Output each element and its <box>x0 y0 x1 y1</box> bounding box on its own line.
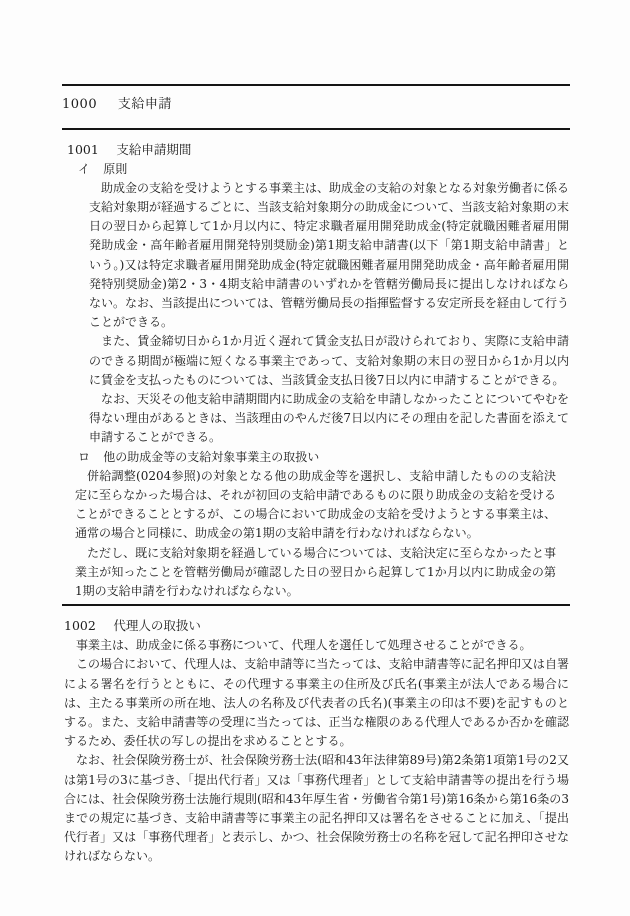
section-1002-number: 1002 <box>64 618 96 633</box>
paragraph: また、賃金締切日から1か月近く遅れて賃金支払日が設けられており、実際に支給申請の… <box>89 332 569 390</box>
item-ro-heading: ロ他の助成金等の支給対象事業主の取扱い <box>78 448 570 467</box>
item-i-title: 原則 <box>103 162 127 176</box>
paragraph: なお、天災その他支給申請期間内に助成金の支給を申請しなかったことについてやむを得… <box>89 390 569 448</box>
item-i-body: 助成金の支給を受けようとする事業主は、助成金の支給の対象となる対象労働者に係る支… <box>62 179 570 448</box>
chapter-number: 1000 <box>62 97 97 112</box>
paragraph: この場合において、代理人は、支給申請等に当たっては、支給申請書等に記名押印又は自… <box>64 655 569 751</box>
chapter-title: 支給申請 <box>118 97 172 112</box>
paragraph: 併給調整(0204参照)の対象となる他の助成金等を選択し、支給申請したものの支給… <box>75 467 556 544</box>
section-1001-heading: 1001支給申請期間 <box>67 140 570 160</box>
paragraph: ただし、既に支給対象期を経過している場合については、支給決定に至らなかったと事業… <box>75 544 556 602</box>
paragraph: 助成金の支給を受けようとする事業主は、助成金の支給の対象となる対象労働者に係る支… <box>89 179 569 333</box>
chapter-heading: 1000支給申請 <box>62 95 570 115</box>
document-page: 1000支給申請 1001支給申請期間 イ原則 助成金の支給を受けようとする事業… <box>0 0 630 916</box>
item-ro-title: 他の助成金等の支給対象事業主の取扱い <box>103 450 319 464</box>
item-ro-label: ロ <box>78 450 90 464</box>
section-1001-number: 1001 <box>67 142 99 157</box>
section-1002-body: 事業主は、助成金に係る事務について、代理人を選任して処理させることができる。 こ… <box>62 636 570 866</box>
section-1001-title: 支給申請期間 <box>116 142 191 157</box>
section-1002: 1002代理人の取扱い 事業主は、助成金に係る事務について、代理人を選任して処理… <box>62 616 570 866</box>
item-ro-body: 併給調整(0204参照)の対象となる他の助成金等を選択し、支給申請したものの支給… <box>62 467 570 601</box>
paragraph: 事業主は、助成金に係る事務について、代理人を選任して処理させることができる。 <box>64 636 569 655</box>
section-divider-rule <box>62 604 570 606</box>
paragraph: なお、社会保険労務士が、社会保険労務士法(昭和43年法律第89号)第2条第1項第… <box>64 751 569 866</box>
section-1001: 1001支給申請期間 イ原則 助成金の支給を受けようとする事業主は、助成金の支給… <box>62 140 570 602</box>
section-1002-title: 代理人の取扱い <box>113 618 201 633</box>
item-i-heading: イ原則 <box>78 160 570 179</box>
section-1002-heading: 1002代理人の取扱い <box>64 616 570 636</box>
top-rule <box>62 84 570 86</box>
chapter-underline-rule <box>62 128 570 130</box>
item-i-label: イ <box>78 162 90 176</box>
